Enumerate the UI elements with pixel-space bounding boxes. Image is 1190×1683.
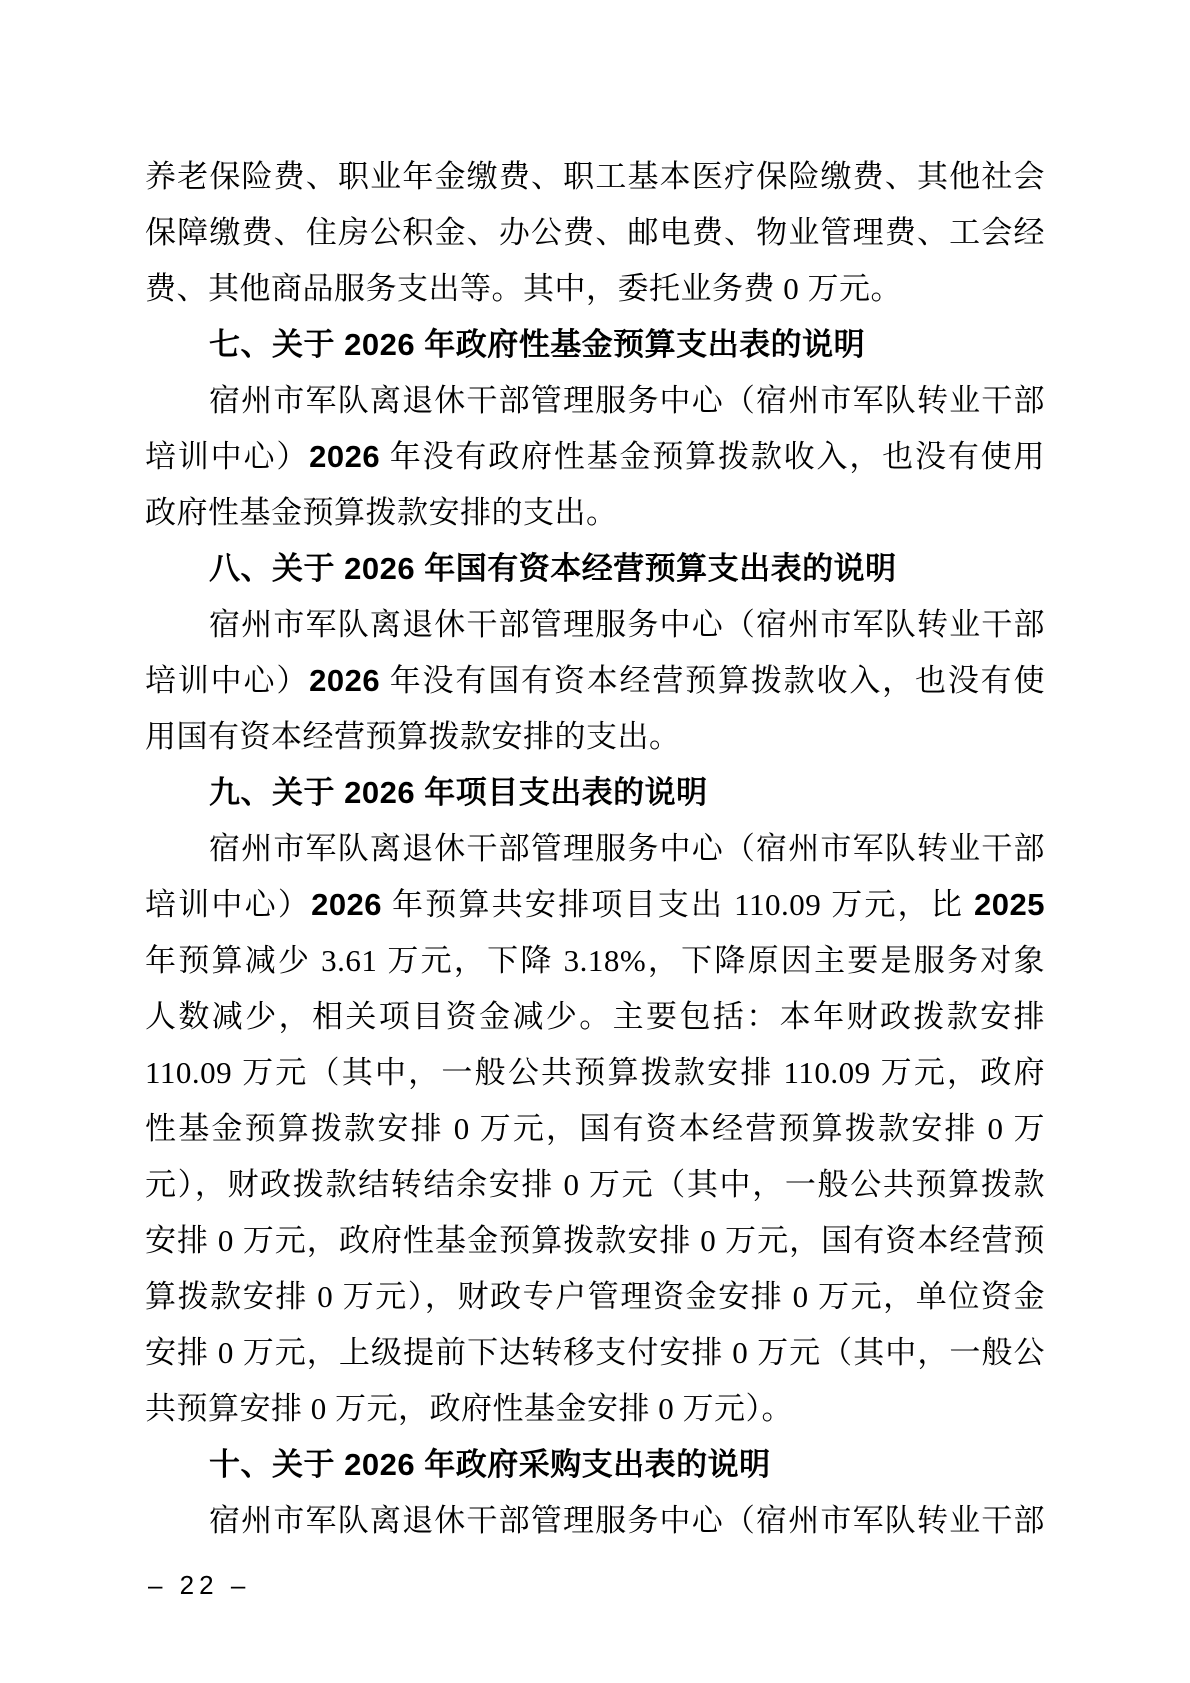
body-line: 保障缴费、住房公积金、办公费、邮电费、物业管理费、工会经 [145,205,1045,261]
body-line: 安排 0 万元，政府性基金预算拨款安排 0 万元，国有资本经营预 [145,1213,1045,1269]
body-line: 安排 0 万元，上级提前下达转移支付安排 0 万元（其中，一般公 [145,1325,1045,1381]
page-number: – 22 – [148,1563,250,1607]
body-line: 培训中心）2026 年预算共安排项目支出 110.09 万元，比 2025 [145,877,1045,933]
body-line-paragraph-start: 宿州市军队离退休干部管理服务中心（宿州市军队转业干部 [145,1493,1045,1549]
body-line: 性基金预算拨款安排 0 万元，国有资本经营预算拨款安排 0 万 [145,1101,1045,1157]
body-line: 养老保险费、职业年金缴费、职工基本医疗保险缴费、其他社会 [145,149,1045,205]
section-heading-8: 八、关于 2026 年国有资本经营预算支出表的说明 [145,541,1045,597]
section-heading-9: 九、关于 2026 年项目支出表的说明 [145,765,1045,821]
section-heading-7: 七、关于 2026 年政府性基金预算支出表的说明 [145,317,1045,373]
body-line: 人数减少，相关项目资金减少。主要包括：本年财政拨款安排 [145,989,1045,1045]
body-line: 110.09 万元（其中，一般公共预算拨款安排 110.09 万元，政府 [145,1045,1045,1101]
body-line: 元），财政拨款结转结余安排 0 万元（其中，一般公共预算拨款 [145,1157,1045,1213]
body-line-paragraph-start: 宿州市军队离退休干部管理服务中心（宿州市军队转业干部 [145,597,1045,653]
body-line-paragraph-start: 宿州市军队离退休干部管理服务中心（宿州市军队转业干部 [145,821,1045,877]
document-content: 养老保险费、职业年金缴费、职工基本医疗保险缴费、其他社会 保障缴费、住房公积金、… [145,149,1045,1549]
body-line: 费、其他商品服务支出等。其中，委托业务费 0 万元。 [145,261,1045,317]
body-line-paragraph-start: 宿州市军队离退休干部管理服务中心（宿州市军队转业干部 [145,373,1045,429]
body-line: 年预算减少 3.61 万元，下降 3.18%，下降原因主要是服务对象 [145,933,1045,989]
section-heading-10: 十、关于 2026 年政府采购支出表的说明 [145,1437,1045,1493]
document-page: 养老保险费、职业年金缴费、职工基本医疗保险缴费、其他社会 保障缴费、住房公积金、… [0,0,1190,1683]
body-line: 用国有资本经营预算拨款安排的支出。 [145,709,1045,765]
body-line: 培训中心）2026 年没有政府性基金预算拨款收入，也没有使用 [145,429,1045,485]
body-line: 培训中心）2026 年没有国有资本经营预算拨款收入，也没有使 [145,653,1045,709]
body-line: 共预算安排 0 万元，政府性基金安排 0 万元）。 [145,1381,1045,1437]
body-line: 算拨款安排 0 万元），财政专户管理资金安排 0 万元，单位资金 [145,1269,1045,1325]
body-line: 政府性基金预算拨款安排的支出。 [145,485,1045,541]
